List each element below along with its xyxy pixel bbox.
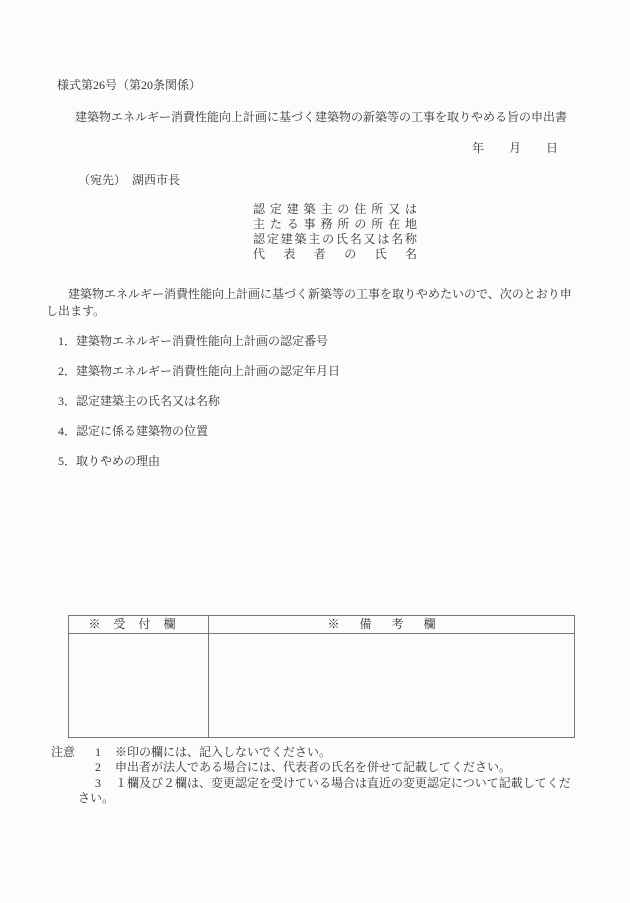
list-item-4: 4．認定に係る建築物の位置 bbox=[58, 425, 340, 438]
applicant-info-block: 認定建築主の住所又は 主たる事務所の所在地 認定建築主の氏名又は名称 代表者の氏… bbox=[253, 202, 417, 262]
list-item-2: 2．建築物エネルギー消費性能向上計画の認定年月日 bbox=[58, 365, 340, 378]
item-list: 1．建築物エネルギー消費性能向上計画の認定番号 2．建築物エネルギー消費性能向上… bbox=[58, 335, 340, 485]
document-title: 建築物エネルギー消費性能向上計画に基づく建築物の新築等の工事を取りやめる旨の申出… bbox=[75, 108, 567, 125]
notes-label-spacer bbox=[51, 776, 95, 791]
date-line: 年 月 日 bbox=[472, 139, 558, 156]
list-item-5: 5．取りやめの理由 bbox=[58, 455, 340, 468]
reception-remarks-table: ※受付欄 ※備考欄 bbox=[68, 615, 575, 738]
note-2-number: 2 bbox=[95, 760, 115, 775]
note-3-continuation: さい。 bbox=[78, 791, 571, 806]
notes-label: 注意 bbox=[51, 745, 95, 760]
addressee-line: （宛先） 湖西市長 bbox=[78, 171, 180, 188]
table-body-row bbox=[69, 634, 574, 737]
note-row-3: 3 １欄及び２欄は、変更認定を受けている場合は直近の変更認定について記載してくだ bbox=[51, 776, 571, 791]
applicant-address-label-line-1: 認定建築主の住所又は bbox=[253, 202, 417, 217]
date-day-label: 日 bbox=[546, 139, 558, 156]
body-paragraph: 建築物エネルギー消費性能向上計画に基づく新築等の工事を取りやめたいので、次のとお… bbox=[46, 286, 578, 320]
date-month-label: 月 bbox=[509, 139, 521, 156]
date-year-label: 年 bbox=[472, 139, 484, 156]
note-3-number: 3 bbox=[95, 776, 115, 791]
form-number: 様式第26号（第20条関係） bbox=[57, 76, 201, 93]
table-header-row: ※受付欄 ※備考欄 bbox=[69, 616, 574, 634]
applicant-name-label: 認定建築主の氏名又は名称 bbox=[253, 232, 417, 247]
remarks-column-header: ※備考欄 bbox=[209, 616, 574, 633]
note-row-2: 2 申出者が法人である場合には、代表者の氏名を併せて記載してください。 bbox=[51, 760, 571, 775]
remarks-cell bbox=[209, 634, 574, 737]
notes-section: 注意 1 ※印の欄には、記入しないでください。 2 申出者が法人である場合には、… bbox=[51, 745, 571, 806]
list-item-1: 1．建築物エネルギー消費性能向上計画の認定番号 bbox=[58, 335, 340, 348]
note-3-text: １欄及び２欄は、変更認定を受けている場合は直近の変更認定について記載してくだ bbox=[115, 776, 571, 791]
note-row-1: 注意 1 ※印の欄には、記入しないでください。 bbox=[51, 745, 571, 760]
representative-name-label: 代表者の氏名 bbox=[253, 247, 417, 262]
note-1-number: 1 bbox=[95, 745, 115, 760]
note-2-text: 申出者が法人である場合には、代表者の氏名を併せて記載してください。 bbox=[115, 760, 571, 775]
applicant-address-label-line-2: 主たる事務所の所在地 bbox=[253, 217, 417, 232]
reception-column-header: ※受付欄 bbox=[69, 616, 209, 633]
note-1-text: ※印の欄には、記入しないでください。 bbox=[115, 745, 571, 760]
reception-cell bbox=[69, 634, 209, 737]
notes-label-spacer bbox=[51, 760, 95, 775]
list-item-3: 3．認定建築主の氏名又は名称 bbox=[58, 395, 340, 408]
document-page: 様式第26号（第20条関係） 建築物エネルギー消費性能向上計画に基づく建築物の新… bbox=[0, 0, 630, 903]
